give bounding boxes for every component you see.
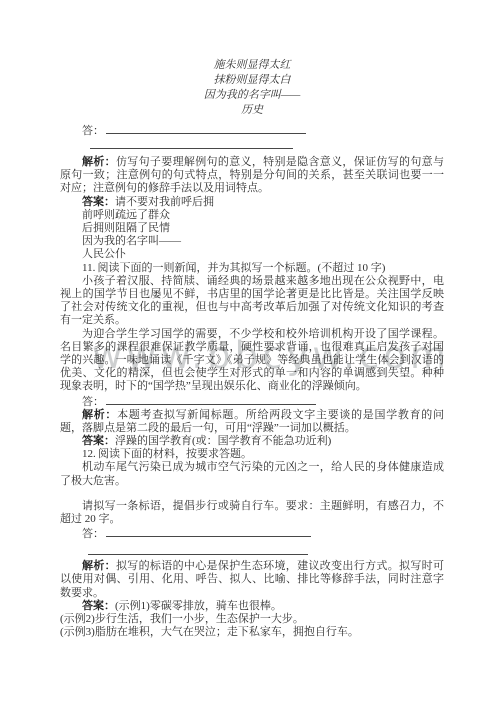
analysis-text: 拟写的标语的中心是保护生态环境，建议改变出行方式。拟写时可以使用对偶、引用、化用…: [60, 560, 444, 598]
analysis-label: 解析：: [82, 560, 116, 572]
q12-answer-key-line: 答案：(示例1)零碳零排放，骑车也很棒。: [60, 600, 444, 613]
analysis-text: 本题考查拟写新闻标题。所给两段文字主要谈的是国学教育的问题，落脚点是第二段的最后…: [60, 409, 444, 434]
question-stem: 阅读下面的材料，按要求答题。: [98, 448, 252, 460]
poem-line: 施朱则显得太红: [60, 58, 444, 73]
q11-answer-key-line: 答案：浮躁的国学教育(或：国学教育不能急功近利): [60, 435, 444, 448]
q12-answer-example-line: (示例3)脂肪在堆积，大气在哭泣；走下私家车，拥抱自行车。: [60, 626, 444, 639]
news-paragraph-2: 为迎合学生学习国学的需要，不少学校和校外培训机构开设了国学课程。名目繁多的课程很…: [60, 328, 444, 394]
q10-answer-key-line: 答案：请不要对我前呼后拥: [60, 196, 444, 209]
q10-answer-row: 答：: [60, 123, 444, 138]
poem-line: 抹粉则显得太白: [60, 73, 444, 88]
answer-key-label: 答案：: [82, 435, 115, 447]
task-paragraph: 请拟写一条标语，提倡步行或骑自行车。要求：主题鲜明，有感召力，不超过 20 字。: [60, 500, 444, 526]
q10-analysis-paragraph: 解析：仿写句子要理解例句的意义，特别是隐含意义，保证仿写的句意与原句一致；注意例…: [60, 156, 444, 196]
q10-answer-key-line: 前呼则疏远了群众: [60, 209, 444, 222]
question-12-header: 12. 阅读下面的材料，按要求答题。: [60, 448, 444, 461]
answer-label: 答：: [82, 528, 104, 540]
news-paragraph-1: 小孩子着汉服、持简牍、诵经典的场景越来越多地出现在公众视野中，电视上的国学节目也…: [60, 275, 444, 328]
poem-line: 因为我的名字叫——: [60, 88, 444, 103]
q10-answer-row-2: [60, 138, 444, 154]
document-page: 施朱则显得太红 抹粉则显得太白 因为我的名字叫—— 历史 答： 解析：仿写句子要…: [0, 0, 500, 708]
poem-line: 历史: [60, 103, 444, 118]
q10-answer-key-line: 人民公仆: [60, 248, 444, 261]
analysis-text: 仿写句子要理解例句的意义，特别是隐含意义，保证仿写的句意与原句一致；注意例句的句…: [60, 156, 444, 194]
answer-key-text: (示例1)零碳零排放，骑车也很棒。: [115, 600, 282, 612]
answer-label: 答：: [82, 125, 104, 137]
answer-blank-line: [90, 138, 293, 149]
answer-key-text: 浮躁的国学教育(或：国学教育不能急功近利): [115, 435, 331, 447]
answer-blank-line: [106, 123, 306, 134]
material-paragraph: 机动车尾气污染已成为城市空气污染的元凶之一，给人民的身体健康造成了极大危害。: [60, 461, 444, 487]
answer-key-label: 答案：: [82, 600, 115, 612]
question-11-header: 11. 阅读下面的一则新闻，并为其拟写一个标题。(不超过 10 字): [60, 262, 444, 275]
poem-excerpt: 施朱则显得太红 抹粉则显得太白 因为我的名字叫—— 历史: [60, 58, 444, 118]
q12-analysis-paragraph: 解析：拟写的标语的中心是保护生态环境，建议改变出行方式。拟写时可以使用对偶、引用…: [60, 560, 444, 600]
answer-blank-line: [106, 526, 311, 537]
q12-answer-example-line: (示例2)步行生活，我们一小步，生态保护一大步。: [60, 613, 444, 626]
answer-label: 答：: [82, 396, 104, 408]
answer-key-label: 答案：: [82, 196, 115, 208]
question-number: 11.: [82, 262, 95, 274]
q11-answer-row: 答：: [60, 394, 444, 409]
answer-key-text: 请不要对我前呼后拥: [115, 196, 214, 208]
q11-analysis-paragraph: 解析：本题考查拟写新闻标题。所给两段文字主要谈的是国学教育的问题，落脚点是第二段…: [60, 409, 444, 435]
analysis-label: 解析：: [82, 409, 117, 421]
q10-answer-key-line: 后拥则阻隔了民情: [60, 222, 444, 235]
analysis-label: 解析：: [82, 156, 116, 168]
q12-answer-row: 答：: [60, 526, 444, 541]
question-stem: 阅读下面的一则新闻，并为其拟写一个标题。(不超过 10 字): [98, 262, 386, 274]
q12-answer-row-2: [60, 544, 444, 560]
question-number: 12.: [82, 448, 96, 460]
answer-blank-line: [106, 394, 316, 405]
answer-blank-line: [88, 544, 308, 555]
q10-answer-key-line: 因为我的名字叫——: [60, 235, 444, 248]
